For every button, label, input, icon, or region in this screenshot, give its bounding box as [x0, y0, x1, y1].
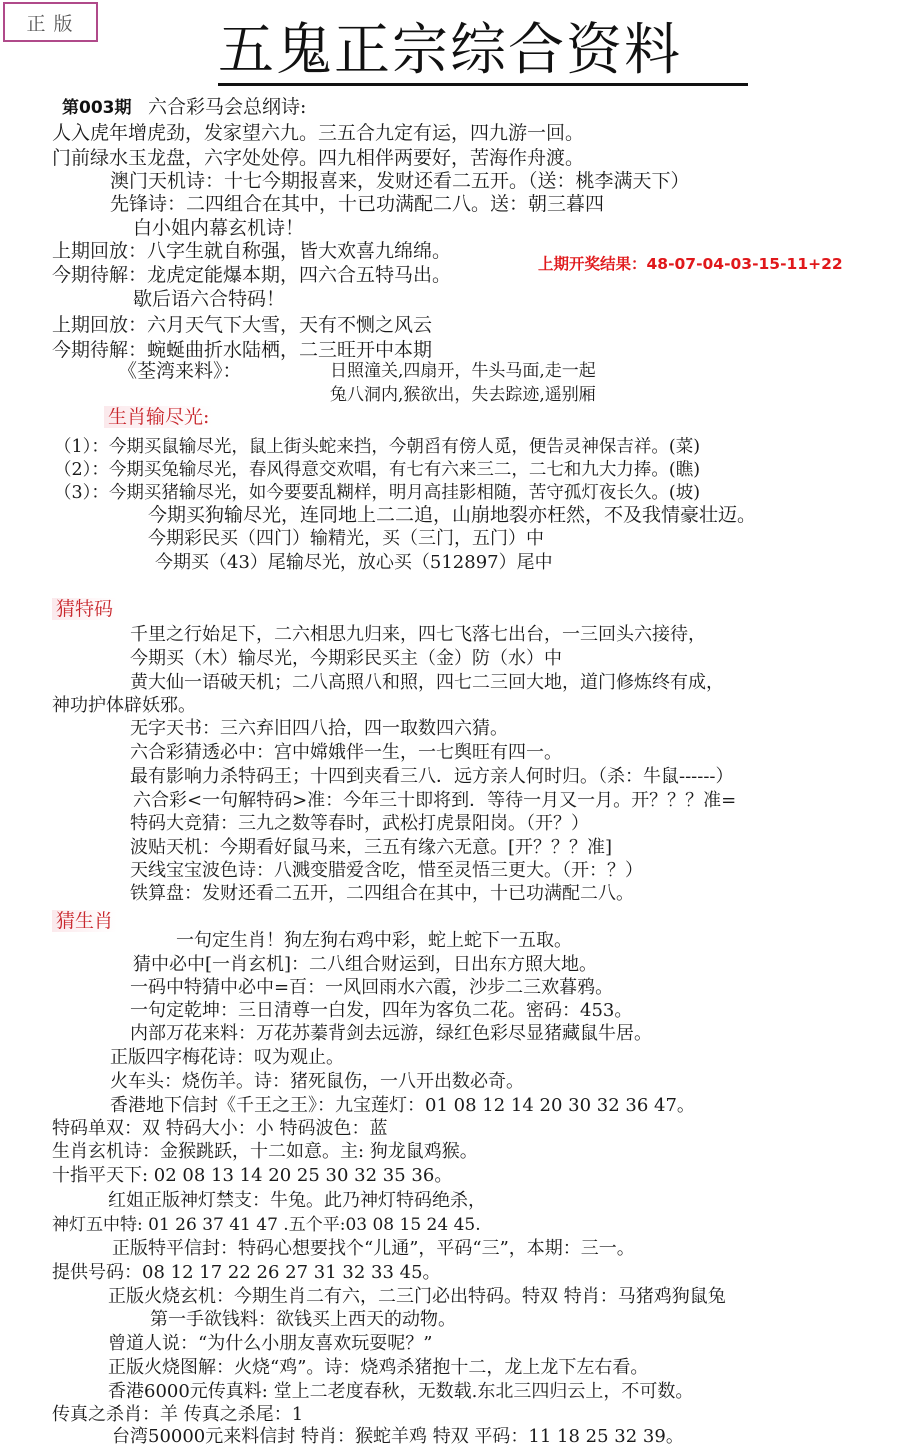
section3-line: 神灯五中特: 01 26 37 41 47 .五个平:03 08 15 24 4…: [52, 1214, 481, 1236]
issue-number: 第003期: [62, 93, 132, 118]
section1-line: （3）：今期买猪输尽光，如今要要乱糊样，明月高挂影相随，苦守孤灯夜长久。(坡): [54, 482, 700, 504]
section3-line: 香港6000元传真料: 堂上二老度春秋，无数载.东北三四归云上，不可数。: [108, 1381, 693, 1403]
section2-line: 天线宝宝波色诗：八溅变腊爱含吃，惜至灵悟三更大。（开：？）: [130, 860, 643, 882]
intro-line: 人入虎年增虎劲，发家望六九。三五合九定有运，四九游一回。: [52, 122, 584, 144]
section3-line: 内部万花来料：万花苏蓁背剑去远游，绿红色彩尽显猪藏鼠牛居。: [130, 1023, 652, 1045]
section1-line: （2）：今期买兔输尽光，春风得意交欢唱，有七有六来三二，二七和九大力捧。(瞧): [54, 459, 700, 481]
section3-line: 提供号码：08 12 17 22 26 27 31 32 33 45。: [52, 1262, 441, 1284]
section3-line: 第一手欲钱料：欲钱买上西天的动物。: [150, 1309, 456, 1331]
section2-line: 特码大竞猜：三九之数等春时，武松打虎景阳岗。（开？）: [130, 813, 589, 835]
page-title: 五鬼正宗综合资料: [218, 18, 682, 84]
section3-line: 正版火烧玄机：今期生肖二有六，二三门必出特码。特双 特肖：马猪鸡狗鼠兔: [108, 1286, 726, 1308]
intro-line: 今期待解：蜿蜒曲折水陆栖，二三旺开中本期: [52, 339, 432, 361]
section3-line: 特码单双：双 特码大小：小 特码波色：蓝: [52, 1118, 387, 1140]
section3-line: 一码中特猜中必中=百：一风回雨水六霞，沙步二三欢暮鸦。: [130, 977, 613, 999]
intro-line: 今期待解：龙虎定能爆本期，四六合五特马出。: [52, 264, 451, 286]
intro-line: 兔八洞内,猴欲出，失去踪迹,遥别厢: [330, 384, 596, 406]
section2-line: 铁算盘：发财还看二五开，二四组合在其中，十已功满配二八。: [130, 883, 634, 905]
section3-line: 猜中必中[一肖玄机]：二八组合财运到，日出东方照大地。: [133, 954, 597, 976]
intro-line: 上期回放：八字生就自称强，皆大欢喜九绵绵。: [52, 240, 451, 262]
section1-line: 今期买（43）尾输尽光，放心买（512897）尾中: [155, 552, 553, 574]
section3-line: 台湾50000元来料信封 特肖：猴蛇羊鸡 特双 平码：11 18 25 32 3…: [112, 1426, 684, 1445]
section2-line: 神功护体辟妖邪。: [52, 695, 196, 717]
last-draw-label: 上期开奖结果：: [538, 255, 647, 273]
intro-line: 六合彩马会总纲诗:: [148, 96, 306, 118]
section2-line: 六合彩<一句解特码>准：今年三十即将到．等待一月又一月。开？？？准=: [133, 790, 736, 812]
section1-line: （1）：今期买鼠输尽光，鼠上街头蛇来挡，今朝舀有傍人觅，便告灵神保吉祥。(菜): [54, 436, 700, 458]
genuine-badge: 正版: [3, 2, 98, 42]
section-heading-guess-special: 猜特码: [52, 594, 117, 621]
section3-line: 传真之杀肖：羊 传真之杀尾：1: [52, 1404, 303, 1426]
intro-line: 门前绿水玉龙盘，六字处处停。四九相伴两要好，苦海作舟渡。: [52, 147, 584, 169]
intro-line: 澳门天机诗：十七今期报喜来，发财还看二五开。（送：桃李满天下）: [110, 170, 690, 192]
section2-line: 波贴天机：今期看好鼠马来，三五有缘六无意。[开？？？准]: [130, 837, 612, 859]
section-heading-guess-zodiac: 猜生肖: [52, 906, 117, 933]
section3-line: 一句定生肖！狗左狗右鸡中彩，蛇上蛇下一五取。: [176, 930, 572, 952]
title-underline: [218, 83, 748, 86]
section2-line: 无字天书：三六弃旧四八拾，四一取数四六猜。: [130, 718, 508, 740]
section3-line: 生肖玄机诗：金猴跳跃，十二如意。主: 狗龙鼠鸡猴。: [52, 1141, 478, 1163]
section3-line: 火车头：烧伤羊。诗：猪死鼠伤，一八开出数必奇。: [110, 1071, 524, 1093]
intro-line: 歇后语六合特码！: [133, 288, 285, 310]
section3-line: 一句定乾坤：三日清尊一白发，四年为客负二花。密码：453。: [130, 1000, 632, 1022]
section3-line: 正版四字梅花诗：叹为观止。: [110, 1047, 344, 1069]
last-draw-numbers: 48-07-04-03-15-11+22: [647, 255, 843, 273]
section3-line: 曾道人说：“为什么小朋友喜欢玩耍呢？”: [108, 1333, 432, 1355]
section2-line: 最有影响力杀特码王；十四到夹看三八．远方亲人何时归。（杀：牛鼠------）: [130, 766, 734, 788]
intro-line: 日照潼关,四扇开，牛头马面,走一起: [330, 360, 596, 382]
section2-line: 六合彩猜透必中：宫中嫦娥伴一生，一七舆旺有四一。: [130, 742, 562, 764]
section1-line: 今期彩民买（四门）输精光，买（三门，五门）中: [148, 528, 544, 550]
section3-line: 十指平天下: 02 08 13 14 20 25 30 32 35 36。: [52, 1165, 452, 1187]
section3-line: 香港地下信封《千王之王》：九宝莲灯：01 08 12 14 20 30 32 3…: [110, 1095, 695, 1117]
last-draw-result: 上期开奖结果：48-07-04-03-15-11+22: [538, 252, 843, 274]
intro-line: 白小姐内幕玄机诗！: [133, 217, 304, 239]
section3-line: 正版火烧图解：火烧“鸡”。诗：烧鸡杀猪抱十二，龙上龙下左右看。: [108, 1357, 648, 1379]
intro-line: 先锋诗：二四组合在其中，十已功满配二八。送：朝三暮四: [110, 193, 604, 215]
section3-line: 红姐正版神灯禁支：牛兔。此乃神灯特码绝杀，: [108, 1190, 486, 1212]
section2-line: 今期买（木）输尽光，今期彩民买主（金）防（水）中: [130, 648, 562, 670]
section2-line: 黄大仙一语破天机；二八高照八和照，四七二三回大地，道门修炼终有成，: [130, 672, 724, 694]
intro-line: 《荃湾来料》：: [118, 360, 242, 382]
intro-line: 上期回放：六月天气下大雪，天有不恻之风云: [52, 314, 432, 336]
section-heading-zodiac-lose: 生肖输尽光:: [104, 402, 213, 429]
section1-line: 今期买狗输尽光，连同地上二二追，山崩地裂亦枉然，不及我情豪壮迈。: [148, 504, 756, 526]
section2-line: 千里之行始足下，二六相思九归来，四七飞落七出台，一三回头六接待，: [130, 624, 706, 646]
section3-line: 正版特平信封：特码心想要找个“儿通”，平码“三”，本期：三一。: [112, 1238, 635, 1260]
